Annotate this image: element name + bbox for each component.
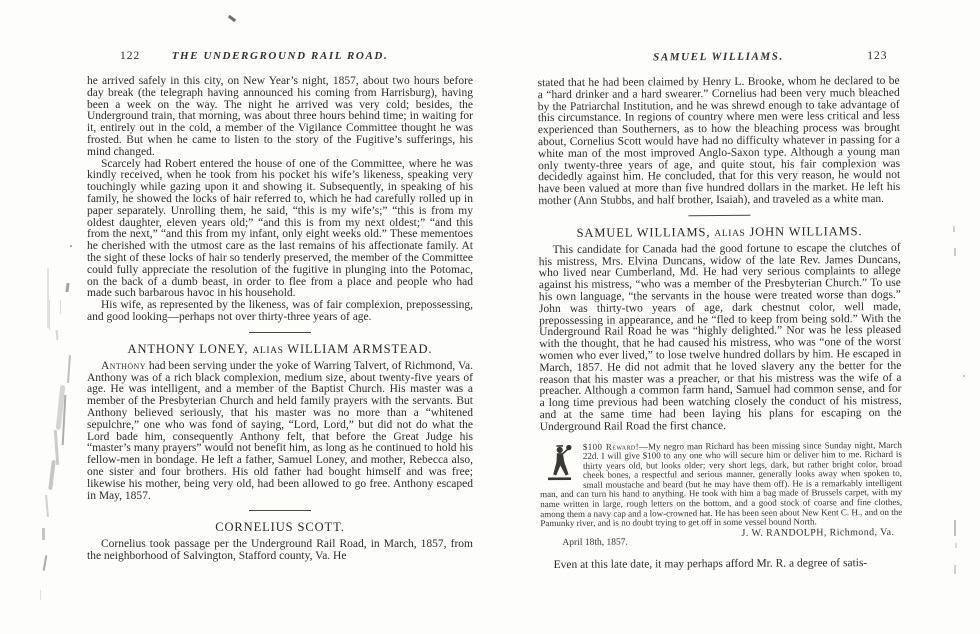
scan-artifact bbox=[953, 226, 955, 232]
scan-artifact bbox=[62, 395, 67, 445]
scan-artifact bbox=[49, 300, 50, 330]
paragraph: Scarcely had Robert entered the house of… bbox=[87, 159, 473, 301]
scan-artifact bbox=[56, 385, 66, 430]
paragraph-continuation: stated that he had been claimed by Henry… bbox=[538, 76, 901, 208]
scan-artifact bbox=[954, 520, 956, 536]
scan-artifact bbox=[48, 460, 56, 490]
section-heading-anthony-loney: ANTHONY LONEY, ALIAS WILLIAM ARMSTEAD. bbox=[87, 342, 473, 357]
page-left-body: he arrived safely in this city, on New Y… bbox=[87, 76, 473, 563]
scan-artifact bbox=[954, 565, 956, 574]
page-number-left: 122 bbox=[120, 50, 140, 62]
scan-artifact bbox=[954, 248, 956, 256]
scan-artifact bbox=[42, 528, 45, 540]
page-number-right: 123 bbox=[867, 50, 887, 62]
running-title-left: THE UNDERGROUND RAIL ROAD. bbox=[87, 50, 473, 62]
paragraph-lead-word: Anthony bbox=[101, 360, 146, 372]
scan-artifact bbox=[228, 15, 236, 22]
paragraph: His wife, as represented by the likeness… bbox=[87, 300, 473, 324]
running-title-right: SAMUEL WILLIAMS. bbox=[537, 50, 899, 64]
heading-alias-word: ALIAS bbox=[253, 346, 284, 356]
paragraph: Anthony had been serving under the yoke … bbox=[87, 361, 473, 503]
paragraph-continuation: he arrived safely in this city, on New Y… bbox=[87, 76, 473, 159]
page-right-body: stated that he had been claimed by Henry… bbox=[538, 76, 903, 571]
advert-signature-row: April 18th, 1857. J. W. RANDOLPH, Richmo… bbox=[540, 528, 902, 552]
heading-alias-name: JOHN WILLIAMS. bbox=[749, 224, 862, 239]
section-separator bbox=[249, 332, 311, 333]
scan-artifact bbox=[54, 430, 59, 465]
advert-date: April 18th, 1857. bbox=[562, 538, 628, 548]
section-heading-samuel-williams: SAMUEL WILLIAMS, ALIAS JOHN WILLIAMS. bbox=[538, 224, 900, 241]
paragraph-continuation: Even at this late date, it may perhaps a… bbox=[541, 557, 903, 571]
scan-artifact bbox=[70, 245, 72, 247]
scan-artifact bbox=[963, 375, 965, 377]
section-separator bbox=[249, 510, 311, 511]
scan-artifact bbox=[65, 283, 69, 292]
reward-advertisement: $100 Reward!—My negro man Richard has be… bbox=[540, 440, 903, 552]
advert-text: —My negro man Richard has been missing s… bbox=[540, 439, 902, 528]
paragraph-text: had been serving under the yoke of Warri… bbox=[87, 360, 473, 502]
heading-name: SAMUEL WILLIAMS, bbox=[576, 225, 710, 240]
paragraph: This candidate for Canada had the good f… bbox=[539, 243, 902, 434]
page-left: 122 THE UNDERGROUND RAIL ROAD. he arrive… bbox=[87, 50, 473, 563]
scan-artifact bbox=[55, 330, 58, 340]
heading-alias-word: ALIAS bbox=[714, 229, 745, 239]
runaway-person-icon bbox=[546, 443, 576, 481]
running-head-right: SAMUEL WILLIAMS. 123 bbox=[537, 50, 899, 67]
closing-paragraph-wrap: Even at this late date, it may perhaps a… bbox=[541, 557, 903, 571]
section-separator bbox=[688, 215, 750, 216]
heading-alias-name: WILLIAM ARMSTEAD. bbox=[287, 342, 432, 356]
scan-artifact bbox=[40, 590, 41, 600]
scan-artifact bbox=[43, 555, 48, 571]
section-heading-cornelius-scott: CORNELIUS SCOTT. bbox=[87, 520, 473, 535]
advert-signature: J. W. RANDOLPH, Richmond, Va. bbox=[742, 528, 895, 539]
paragraph: Cornelius took passage per the Undergrou… bbox=[87, 539, 473, 563]
scan-artifact bbox=[60, 300, 61, 314]
page-right: SAMUEL WILLIAMS. 123 stated that he had … bbox=[537, 50, 902, 571]
scan-artifact bbox=[67, 355, 71, 383]
scan-artifact bbox=[47, 268, 49, 328]
heading-name: ANTHONY LONEY, bbox=[128, 342, 249, 356]
scan-artifact bbox=[955, 543, 957, 548]
scan-artifact bbox=[45, 495, 49, 517]
running-head-left: 122 THE UNDERGROUND RAIL ROAD. bbox=[87, 50, 473, 65]
book-scan: 122 THE UNDERGROUND RAIL ROAD. he arrive… bbox=[0, 0, 980, 634]
